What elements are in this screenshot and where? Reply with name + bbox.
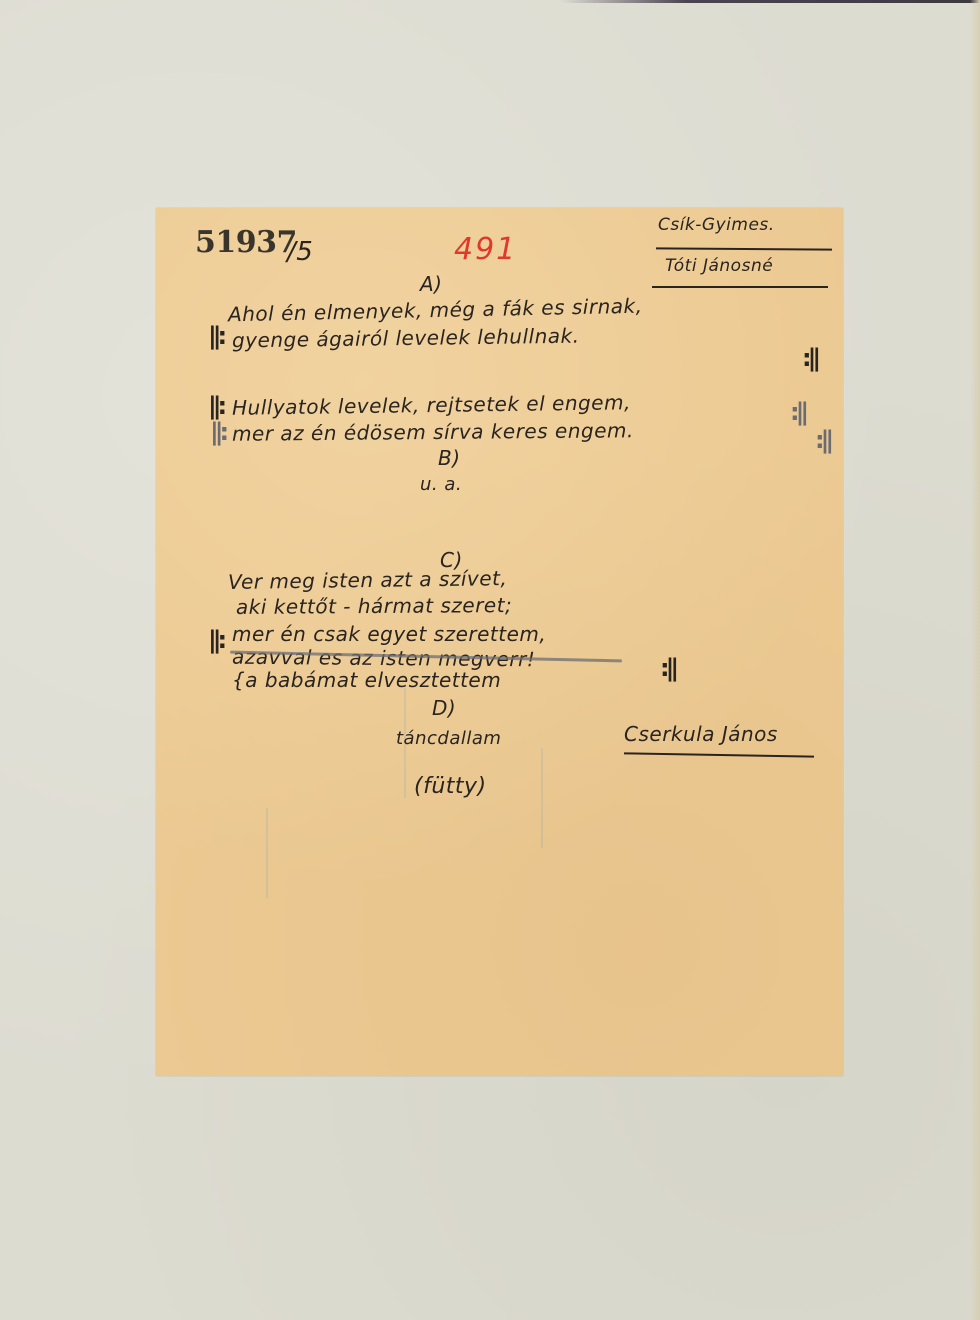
informant-name: Tóti Jánosné bbox=[665, 256, 773, 276]
section-b-label: B) bbox=[438, 446, 461, 470]
red-page-number: 491 bbox=[454, 232, 517, 267]
repeat-close-mark: :|| bbox=[660, 654, 675, 682]
section-d-label: D) bbox=[432, 696, 456, 720]
collector-signature: Cserkula János bbox=[624, 722, 778, 746]
repeat-open-mark: ||: bbox=[208, 626, 223, 654]
pencil-repeat-mark: :|| bbox=[815, 426, 830, 454]
repeat-open-mark: ||: bbox=[208, 392, 223, 420]
section-c-line-3: mer én csak egyet szerettem, bbox=[232, 622, 546, 646]
section-c-line-2: aki kettőt - hármat szeret; bbox=[236, 593, 512, 619]
section-b-text: u. a. bbox=[420, 474, 462, 495]
informant-underline bbox=[652, 286, 828, 288]
catalog-suffix: /5 bbox=[287, 237, 313, 267]
pencil-trace bbox=[541, 748, 543, 848]
section-c-line-1: Ver meg isten azt a szívet, bbox=[228, 566, 508, 594]
pencil-repeat-mark: ||: bbox=[210, 418, 225, 446]
repeat-close-mark: :|| bbox=[790, 398, 805, 426]
catalog-number: 51937 bbox=[195, 225, 297, 260]
repeat-open-mark: ||: bbox=[208, 322, 223, 350]
scan-edge-right bbox=[970, 0, 980, 1320]
section-a-line-2: gyenge ágairól levelek lehullnak. bbox=[232, 324, 580, 353]
repeat-close-mark: :|| bbox=[802, 344, 817, 372]
section-d-text: táncdallam bbox=[396, 728, 501, 749]
section-a-label: A) bbox=[420, 272, 442, 296]
section-c-line-5: {a babámat elvesztettem bbox=[232, 668, 501, 692]
scan-edge-shadow bbox=[560, 0, 980, 3]
section-d-whistle: (fütty) bbox=[414, 774, 487, 799]
pencil-trace bbox=[266, 808, 268, 898]
section-a-line-4: mer az én édösem sírva keres engem. bbox=[232, 418, 634, 446]
collection-place: Csík-Gyimes. bbox=[658, 215, 775, 235]
